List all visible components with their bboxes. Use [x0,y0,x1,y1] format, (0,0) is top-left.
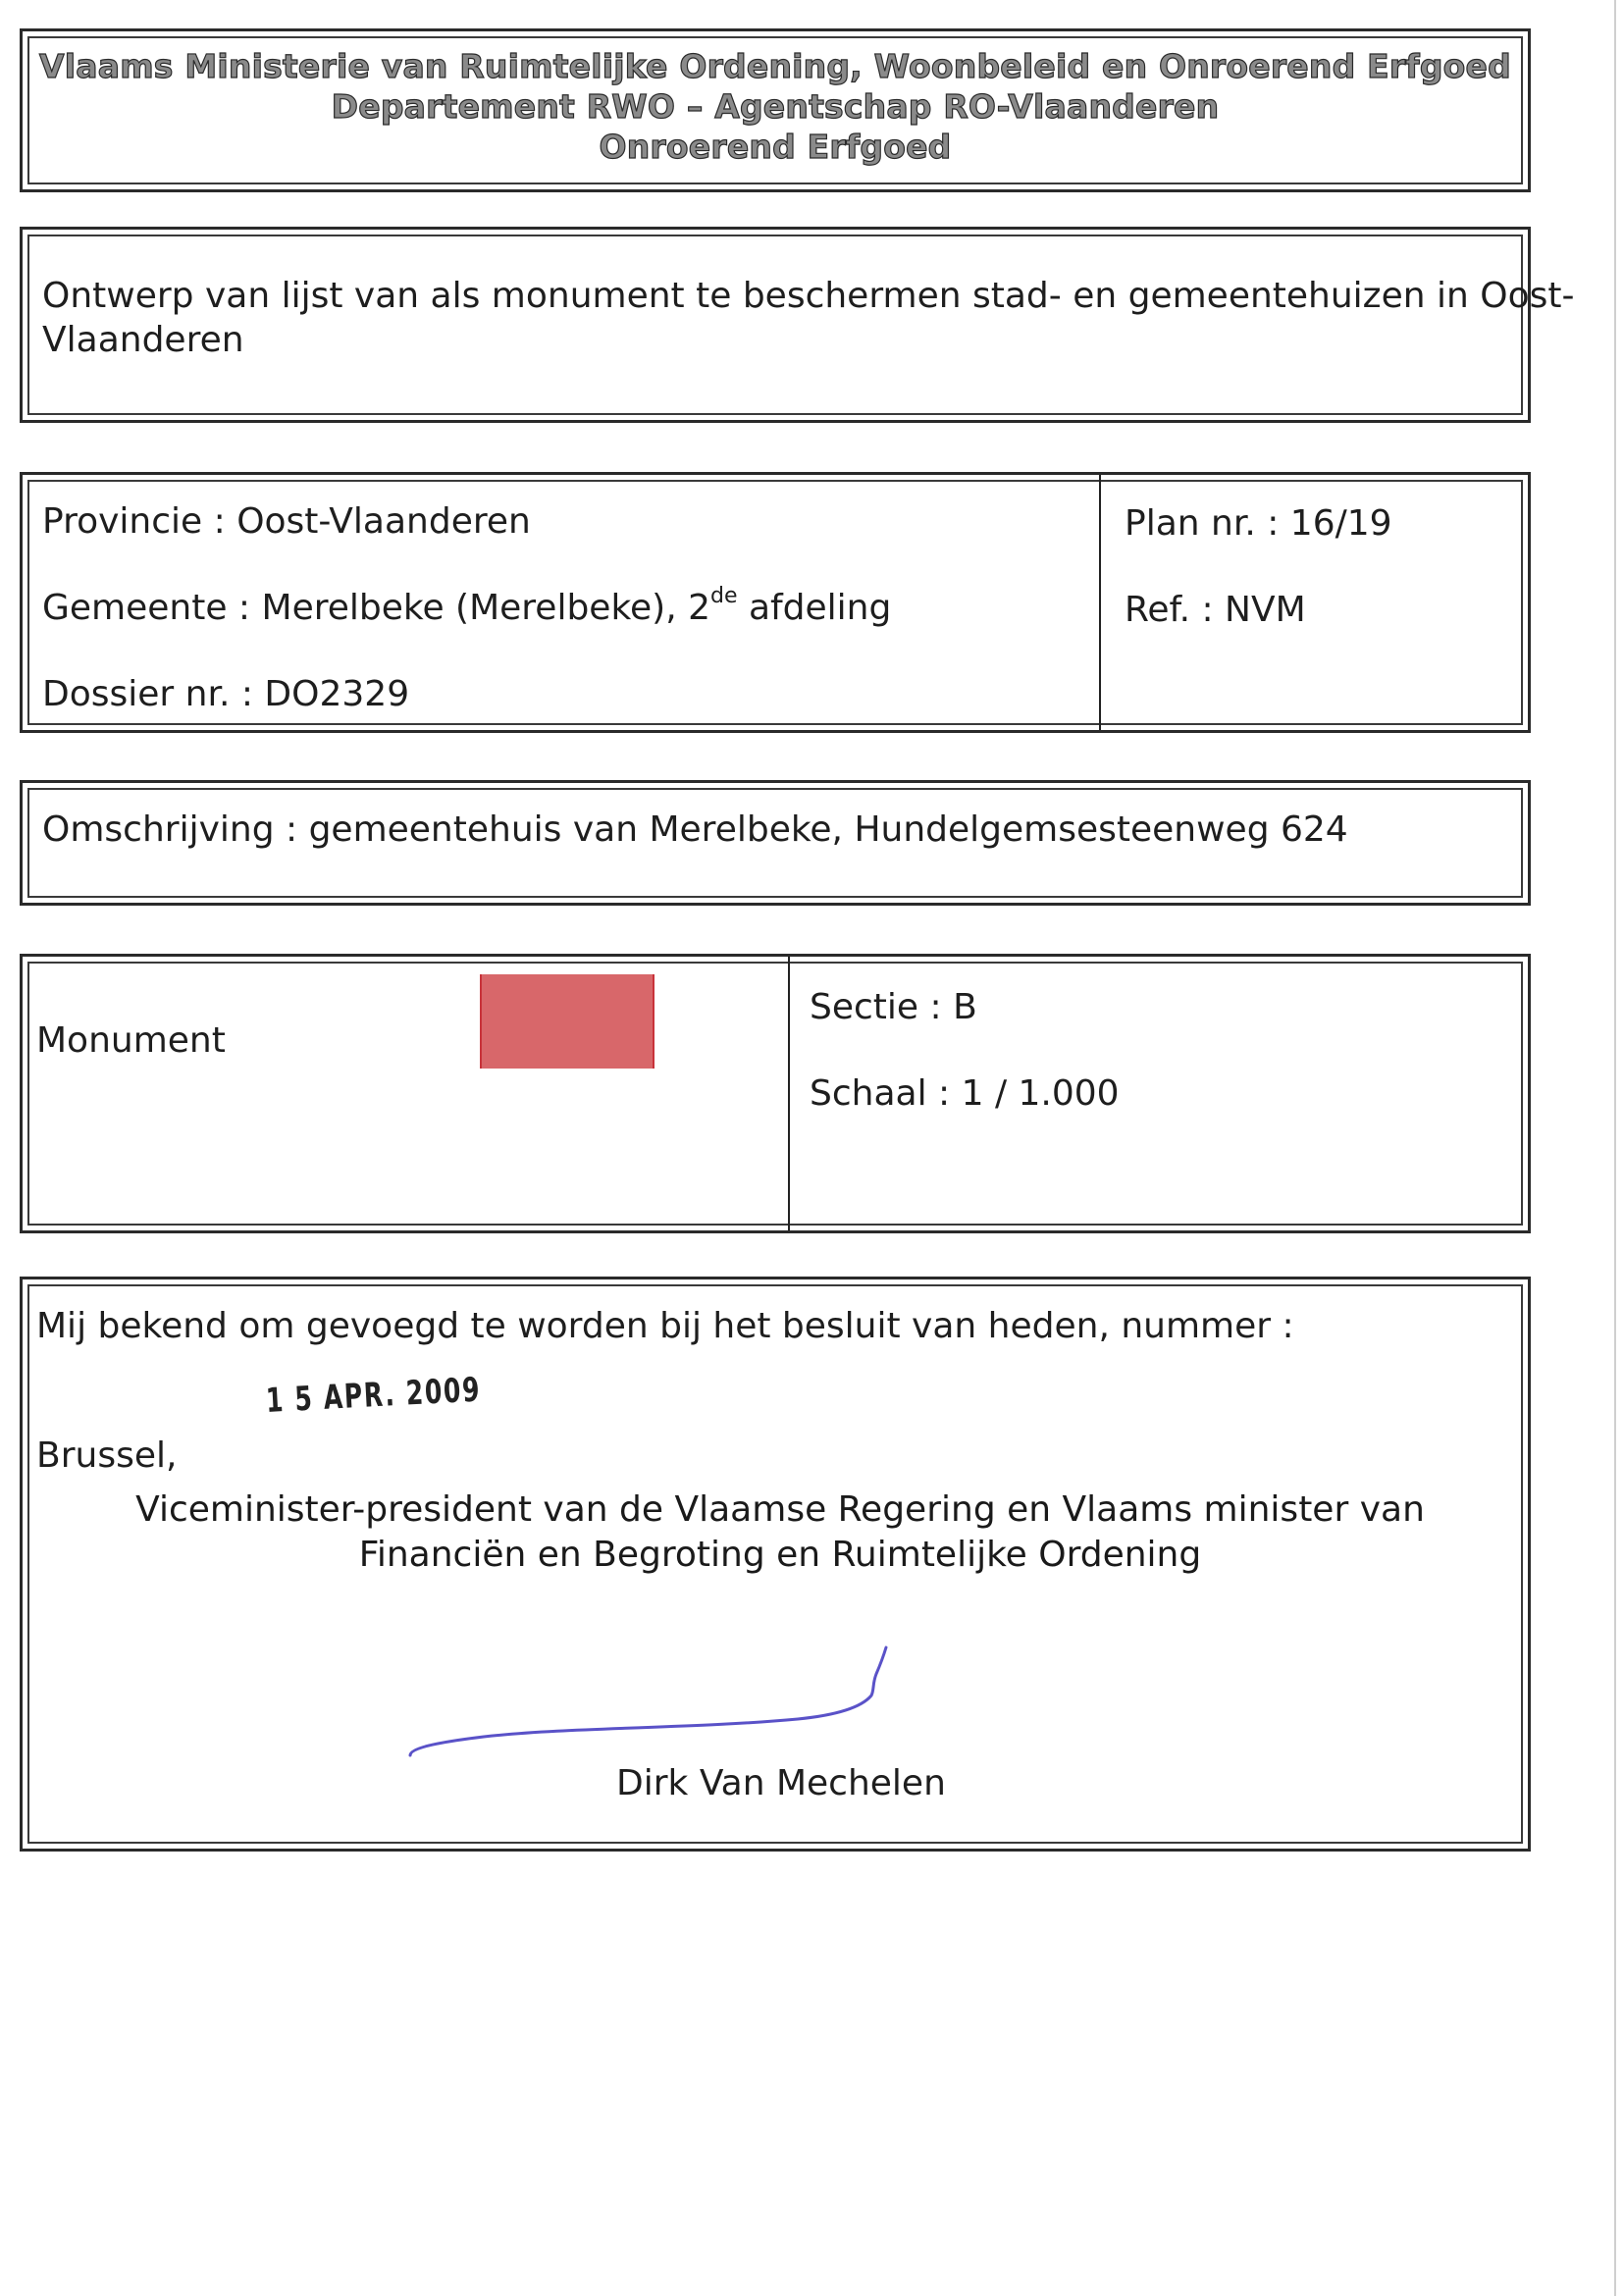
dossier-field: Dossier nr. : DO2329 [42,677,409,712]
description-box: Omschrijving : gemeentehuis van Merelbek… [20,780,1531,906]
title-inner-border [27,235,1523,415]
gemeente-field: Gemeente : Merelbeke (Merelbeke), 2de af… [42,591,891,626]
plan-number-field: Plan nr. : 16/19 [1125,506,1392,542]
legend-column-divider [788,957,790,1230]
legend-inner-border [27,962,1523,1226]
gemeente-prefix: Gemeente : Merelbeke (Merelbeke), 2 [42,588,710,628]
sectie-field: Sectie : B [810,990,977,1025]
document-title-box: Ontwerp van lijst van als monument te be… [20,227,1531,423]
monument-legend-label: Monument [36,1023,226,1059]
department-name: Departement RWO – Agentschap RO-Vlaander… [23,87,1528,126]
document-title-line-2: Vlaanderen [42,323,244,358]
ministry-header-box: Vlaams Ministerie van Ruimtelijke Ordeni… [20,28,1531,192]
ministry-name: Vlaams Ministerie van Ruimtelijke Ordeni… [23,47,1528,85]
legend-box: Monument Sectie : B Schaal : 1 / 1.000 [20,954,1531,1233]
document-title-line-1: Ontwerp van lijst van als monument te be… [42,279,1574,314]
monument-color-swatch [480,974,654,1069]
reference-field: Ref. : NVM [1125,593,1306,628]
gemeente-superscript: de [710,584,738,608]
schaal-field: Schaal : 1 / 1.000 [810,1076,1120,1112]
gemeente-suffix: afdeling [738,588,892,628]
scan-edge-line [1614,0,1616,2296]
approval-box: Mij bekend om gevoegd te worden bij het … [20,1277,1531,1852]
location-info-box: Provincie : Oost-Vlaanderen Gemeente : M… [20,472,1531,733]
omschrijving-field: Omschrijving : gemeentehuis van Merelbek… [42,812,1348,848]
info-column-divider [1099,475,1101,730]
provincie-field: Provincie : Oost-Vlaanderen [42,504,531,540]
agency-name: Onroerend Erfgoed [23,128,1528,166]
signatory-name: Dirk Van Mechelen [616,1766,946,1801]
